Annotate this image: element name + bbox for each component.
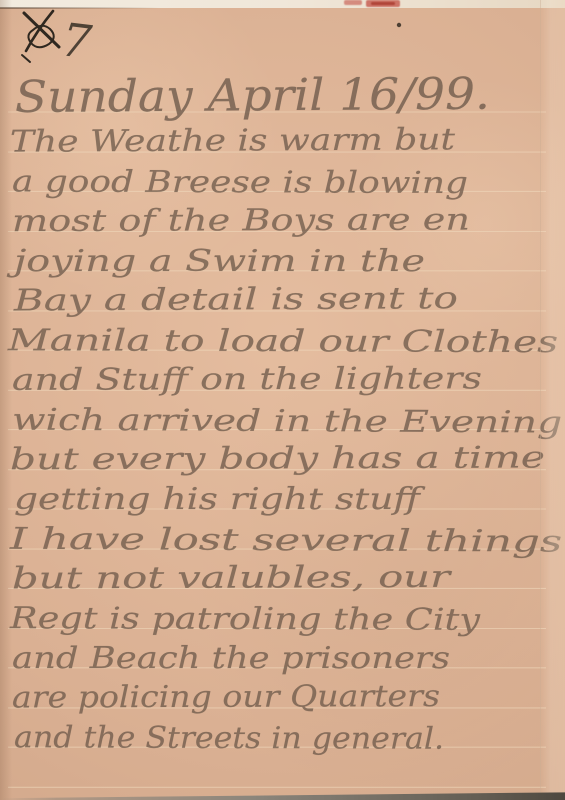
handwriting-line: Bay a detail is sent to (13, 281, 459, 318)
handwriting-line: and Beach the prisoners (12, 641, 450, 676)
handwriting-line: and Stuff on the lighters (12, 361, 482, 398)
handwriting-line: getting his right stuff (14, 482, 426, 517)
handwriting-date-line: Sunday April 16/99. (15, 69, 490, 123)
handwriting-line: wich arrived in the Evening (12, 403, 562, 441)
diary-page-scan: 7 Sunday April 16/99. The Weathe is warm… (0, 0, 565, 800)
handwriting-line: The Weathe is warm but (10, 122, 456, 159)
handwriting-line: are policing our Quarters (12, 679, 440, 715)
page-curl-highlight (540, 0, 565, 800)
handwriting-line: but every body has a time (10, 440, 545, 477)
handwriting-line: Manila to load our Clothes (7, 323, 558, 360)
handwriting-line: and the Streets in general. (14, 720, 444, 757)
page-number: 7 (59, 12, 95, 69)
ink-dot (397, 23, 401, 27)
page-number-scribble (22, 11, 59, 62)
page-content-layer: 7 Sunday April 16/99. The Weathe is warm… (0, 0, 565, 800)
binding-edge-shading (0, 0, 12, 800)
handwriting-line: most of the Boys are en (12, 203, 470, 240)
handwriting-line: I have lost several things (9, 522, 563, 560)
handwriting-line: but not valubles, our (12, 560, 452, 597)
handwriting-line: a good Breese is blowing (12, 164, 468, 201)
handwriting-line: joying a Swim in the (6, 244, 425, 279)
handwriting-line: Regt is patroling the City (9, 601, 482, 638)
handwriting: Sunday April 16/99. The Weathe is warm b… (6, 69, 562, 757)
